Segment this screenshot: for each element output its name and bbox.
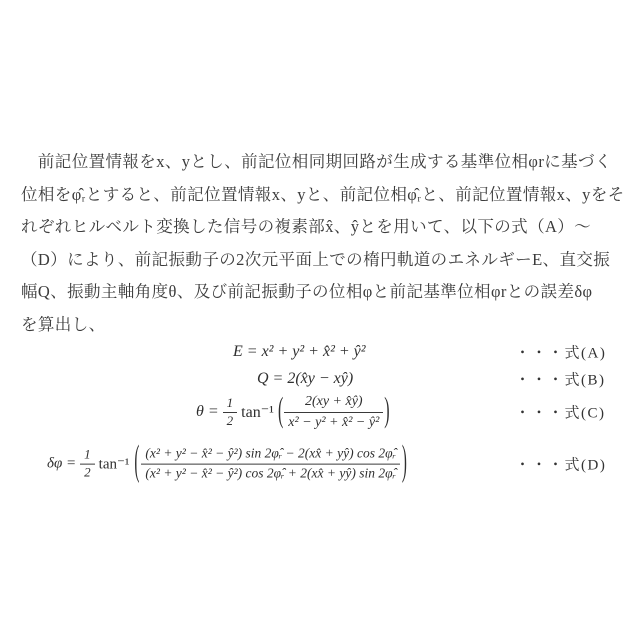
fraction-numerator: (x² + y² − x̂² − ŷ²) sin 2φ̂ᵣ − 2(xx̂ + … (141, 446, 400, 464)
paragraph-line: れぞれヒルベルト変換した信号の複素部x̂、ŷとを用いて、以下の式（A）～ (21, 211, 623, 244)
equation-c-label: ・・・式(C) (515, 402, 606, 423)
fraction-denominator: x² − y² + x̂² − ŷ² (284, 412, 383, 432)
paragraph-line: 位相をφ̂ᵣとすると、前記位置情報x、yと、前記位相φ̂ᵣと、前記位置情報x、y… (21, 179, 623, 212)
fraction-one-half: 1 2 (223, 396, 238, 429)
fraction-main: (x² + y² − x̂² − ŷ²) sin 2φ̂ᵣ − 2(xx̂ + … (141, 446, 400, 483)
equation-a-body: E = x² + y² + x̂² + ŷ² (233, 343, 366, 361)
equation-b-label: ・・・式(B) (515, 369, 606, 390)
equation-d-lhs: δφ = (47, 456, 76, 473)
fraction-one-half: 1 2 (80, 448, 95, 481)
fraction-denominator: 2 (223, 412, 238, 429)
document-page: 前記位置情報をx、yとし、前記位相同期回路が生成する基準位相φrに基づく 位相を… (0, 0, 640, 640)
fraction-main: 2(xy + x̂ŷ) x² − y² + x̂² − ŷ² (284, 393, 383, 431)
open-paren: ( (134, 440, 139, 488)
inverse-tangent-function: tan⁻¹ (99, 455, 130, 474)
close-paren: ) (384, 392, 389, 432)
paragraph-line: 幅Q、振動主軸角度θ、及び前記振動子の位相φと前記基準位相φrとの誤差δφ (21, 276, 623, 309)
fraction-denominator: 2 (80, 464, 95, 481)
equation-c-body: θ = 1 2 tan⁻¹ ( 2(xy + x̂ŷ) x² − y² + x̂… (196, 393, 391, 431)
paragraph-line: を算出し、 (21, 309, 623, 342)
open-paren: ( (278, 392, 283, 432)
paragraph-line: （D）により、前記振動子の2次元平面上での楕円軌道のエネルギーE、直交振 (21, 244, 623, 277)
equation-b-body: Q = 2(x̂y − xŷ) (257, 370, 353, 388)
inverse-tangent-function: tan⁻¹ (241, 402, 274, 422)
equation-row-c: θ = 1 2 tan⁻¹ ( 2(xy + x̂ŷ) x² − y² + x̂… (0, 390, 640, 434)
paragraph: 前記位置情報をx、yとし、前記位相同期回路が生成する基準位相φrに基づく 位相を… (21, 146, 623, 341)
close-paren: ) (402, 440, 407, 488)
equation-a-label: ・・・式(A) (515, 342, 606, 363)
equation-c-lhs: θ = (196, 403, 219, 421)
fraction-numerator: 2(xy + x̂ŷ) (301, 393, 367, 412)
fraction-numerator: 1 (80, 448, 95, 464)
equation-row-b: Q = 2(x̂y − xŷ) ・・・式(B) (0, 365, 640, 393)
fraction-numerator: 1 (223, 396, 238, 412)
paragraph-line: 前記位置情報をx、yとし、前記位相同期回路が生成する基準位相φrに基づく (21, 146, 623, 179)
equation-d-label: ・・・式(D) (515, 454, 606, 475)
fraction-denominator: (x² + y² − x̂² − ŷ²) cos 2φ̂ᵣ + 2(xx̂ + … (141, 464, 400, 483)
equation-d-body: δφ = 1 2 tan⁻¹ ( (x² + y² − x̂² − ŷ²) si… (47, 446, 409, 483)
equation-row-a: E = x² + y² + x̂² + ŷ² ・・・式(A) (0, 338, 640, 366)
equation-row-d: δφ = 1 2 tan⁻¹ ( (x² + y² − x̂² − ŷ²) si… (0, 436, 640, 492)
